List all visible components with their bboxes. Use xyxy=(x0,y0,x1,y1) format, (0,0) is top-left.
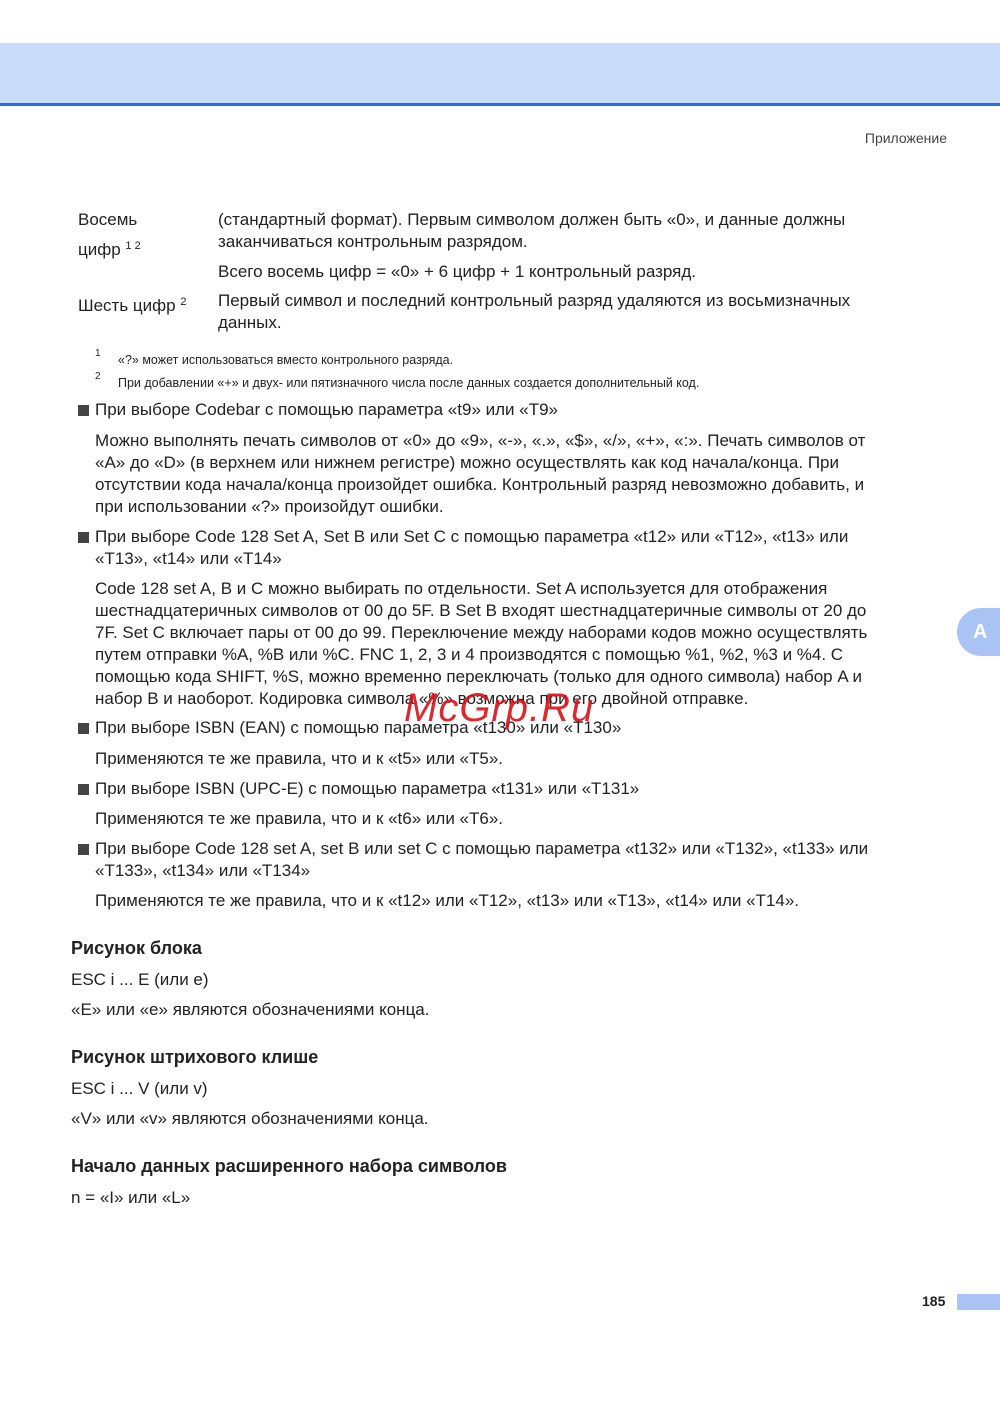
text-line: «T13», «t14» или «T14» xyxy=(95,548,848,570)
appendix-side-tab: A xyxy=(957,608,1000,656)
section-line: «E» или «e» являются обозначениями конца… xyxy=(71,999,429,1021)
bullet-square-icon xyxy=(78,844,89,855)
bullet-square-icon xyxy=(78,723,89,734)
text-line: Всего восемь цифр = «0» + 6 цифр + 1 кон… xyxy=(218,261,845,283)
text-line: «T133», «t134» или «T134» xyxy=(95,860,868,882)
text-line: помощью кода SHIFT, %S, можно временно п… xyxy=(95,666,867,688)
text-line: 7F. Set C включает пары от 00 до 99. Пер… xyxy=(95,622,867,644)
text-line: шестнадцатеричных символов от 00 до 5F. … xyxy=(95,600,867,622)
footnote-text: При добавлении «+» и двух- или пятизначн… xyxy=(118,375,699,391)
header-band xyxy=(0,43,1000,106)
text-line: «A» до «D» (в верхнем или нижнем регистр… xyxy=(95,452,865,474)
label-line: Восемь xyxy=(78,209,141,231)
text-line: Можно выполнять печать символов от «0» д… xyxy=(95,430,865,452)
label-line: Шесть цифр xyxy=(78,296,176,315)
table-row-description: (стандартный формат). Первым символом до… xyxy=(218,209,845,283)
text-line: (стандартный формат). Первым символом до… xyxy=(218,209,845,231)
bullet-body: Применяются те же правила, что и к «t5» … xyxy=(95,748,503,770)
text-line: отсутствии кода начала/конца произойдет … xyxy=(95,474,865,496)
table-row-description: Первый символ и последний контрольный ра… xyxy=(218,290,850,334)
section-line: ESC i ... V (или v) xyxy=(71,1078,208,1100)
text-line: путем отправки %A, %B или %C. FNC 1, 2, … xyxy=(95,644,867,666)
text-line: при использовании «?» произойдут ошибки. xyxy=(95,496,865,518)
table-row-label: Шесть цифр 2 xyxy=(78,291,186,317)
text-line: При выборе Code 128 Set A, Set B или Set… xyxy=(95,526,848,548)
footnote-ref: 1 2 xyxy=(125,240,140,252)
table-row-label: Восемь цифр 1 2 xyxy=(78,209,141,261)
text-line: заканчиваться контрольным разрядом. xyxy=(218,231,845,253)
section-line: «V» или «v» являются обозначениями конца… xyxy=(71,1108,429,1130)
section-line: n = «I» или «L» xyxy=(71,1187,190,1209)
section-heading: Начало данных расширенного набора символ… xyxy=(71,1155,507,1177)
section-heading: Рисунок штрихового клише xyxy=(71,1046,318,1068)
running-head: Приложение xyxy=(865,130,947,146)
bullet-title: При выборе Code 128 set A, set B или set… xyxy=(95,838,868,882)
footnote-text: «?» может использоваться вместо контроль… xyxy=(118,352,453,368)
bullet-square-icon xyxy=(78,405,89,416)
footnote-number: 1 xyxy=(95,348,101,359)
bullet-square-icon xyxy=(78,532,89,543)
bullet-title: При выборе ISBN (UPC-E) с помощью параме… xyxy=(95,778,639,800)
bullet-title: При выборе Code 128 Set A, Set B или Set… xyxy=(95,526,848,570)
label-line: цифр xyxy=(78,240,121,259)
text-line: При выборе Code 128 set A, set B или set… xyxy=(95,838,868,860)
footnote-number: 2 xyxy=(95,371,101,382)
page-number: 185 xyxy=(922,1293,945,1309)
bullet-title: При выборе Codebar с помощью параметра «… xyxy=(95,399,558,421)
bullet-body: Можно выполнять печать символов от «0» д… xyxy=(95,430,865,518)
bullet-body: Применяются те же правила, что и к «t12»… xyxy=(95,890,799,912)
bullet-square-icon xyxy=(78,784,89,795)
watermark: McGrp.Ru xyxy=(404,686,594,731)
footnote-ref: 2 xyxy=(180,296,186,308)
text-line: Первый символ и последний контрольный ра… xyxy=(218,290,850,312)
text-line: данных. xyxy=(218,312,850,334)
section-heading: Рисунок блока xyxy=(71,937,202,959)
text-line: Code 128 set A, B и C можно выбирать по … xyxy=(95,578,867,600)
section-line: ESC i ... E (или e) xyxy=(71,969,209,991)
bullet-body: Применяются те же правила, что и к «t6» … xyxy=(95,808,503,830)
page-number-bar xyxy=(957,1294,1000,1310)
